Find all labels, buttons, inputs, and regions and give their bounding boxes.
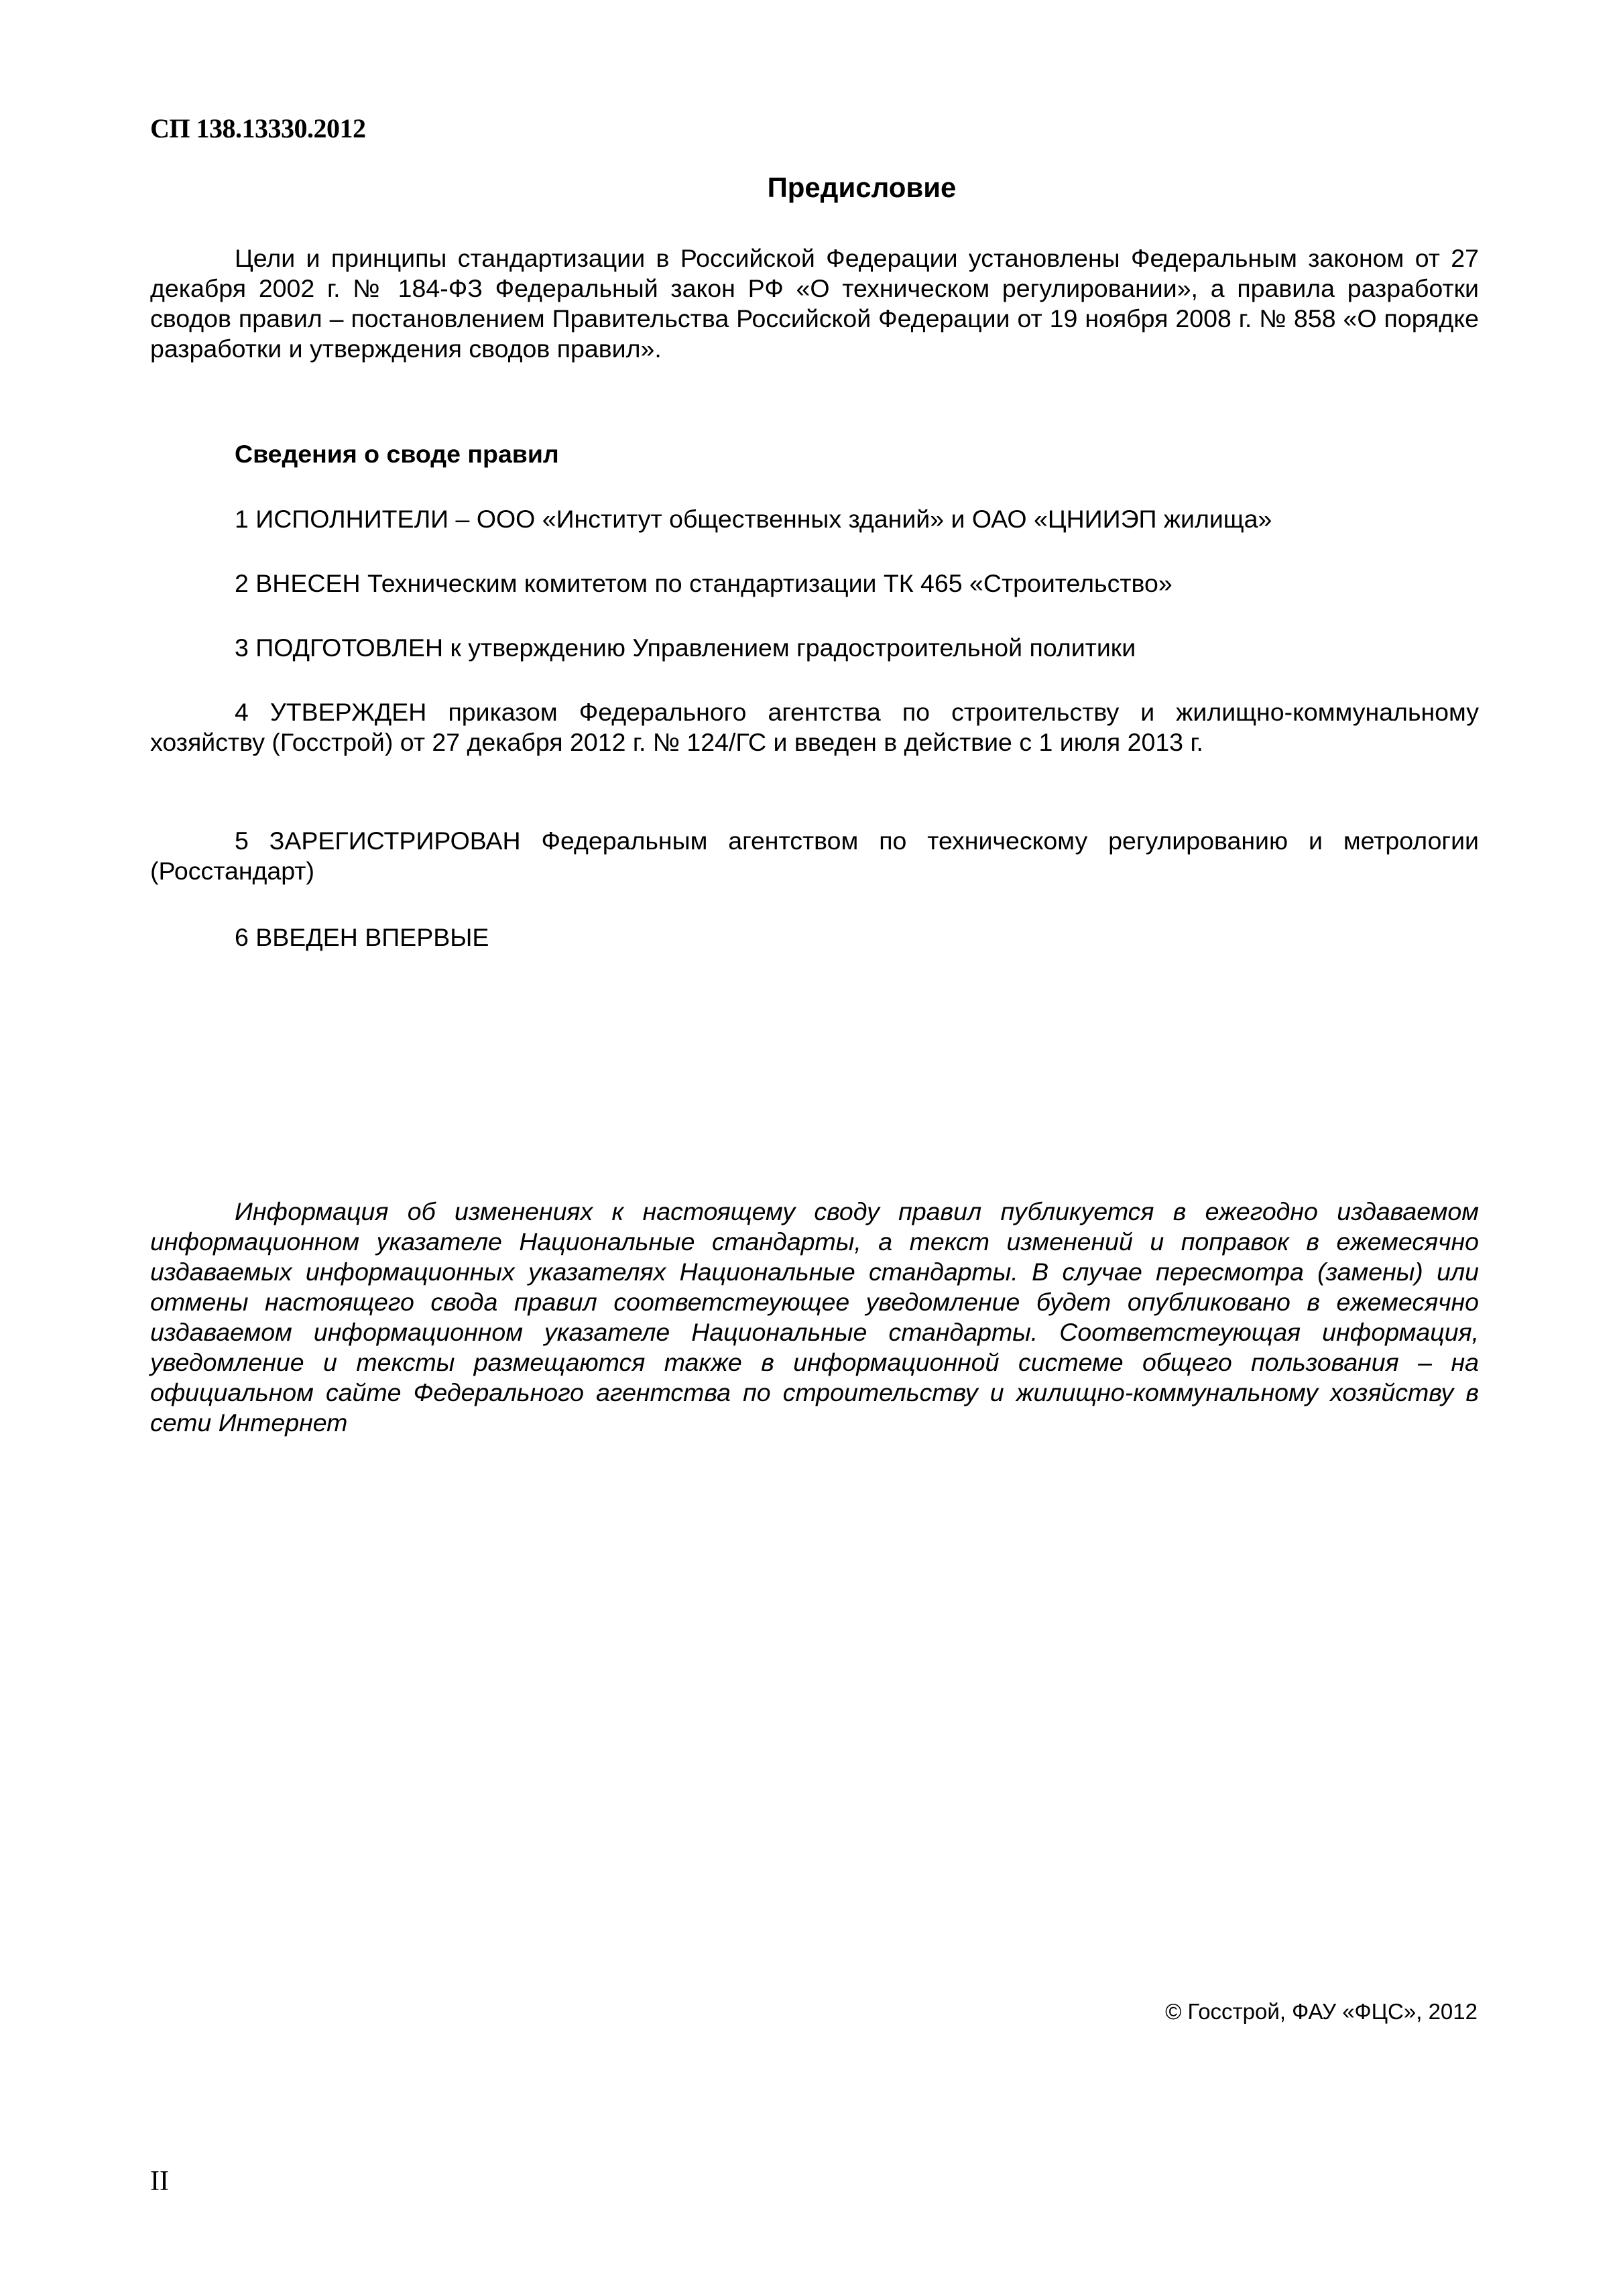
info-item-3: 3 ПОДГОТОВЛЕН к утверждению Управлением … bbox=[150, 633, 1479, 663]
document-code: СП 138.13330.2012 bbox=[150, 113, 366, 144]
section-heading: Сведения о своде правил bbox=[235, 439, 559, 469]
info-item-1: 1 ИСПОЛНИТЕЛИ – ООО «Институт общественн… bbox=[150, 504, 1479, 534]
info-item-2: 2 ВНЕСЕН Техническим комитетом по станда… bbox=[150, 568, 1479, 599]
info-item-5: 5 ЗАРЕГИСТРИРОВАН Федеральным агентством… bbox=[150, 826, 1479, 886]
page-number: II bbox=[150, 2165, 169, 2197]
info-item-6: 6 ВВЕДЕН ВПЕРВЫЕ bbox=[150, 922, 1479, 953]
amendments-notice: Информация об изменениях к настоящему св… bbox=[150, 1197, 1479, 1438]
info-item-4: 4 УТВЕРЖДЕН приказом Федерального агентс… bbox=[150, 697, 1479, 758]
document-page: СП 138.13330.2012 Предисловие Цели и при… bbox=[0, 0, 1623, 2296]
copyright-notice: © Госстрой, ФАУ «ФЦС», 2012 bbox=[1165, 1999, 1478, 2025]
page-title: Предисловие bbox=[0, 172, 1623, 204]
intro-paragraph: Цели и принципы стандартизации в Российс… bbox=[150, 243, 1479, 364]
